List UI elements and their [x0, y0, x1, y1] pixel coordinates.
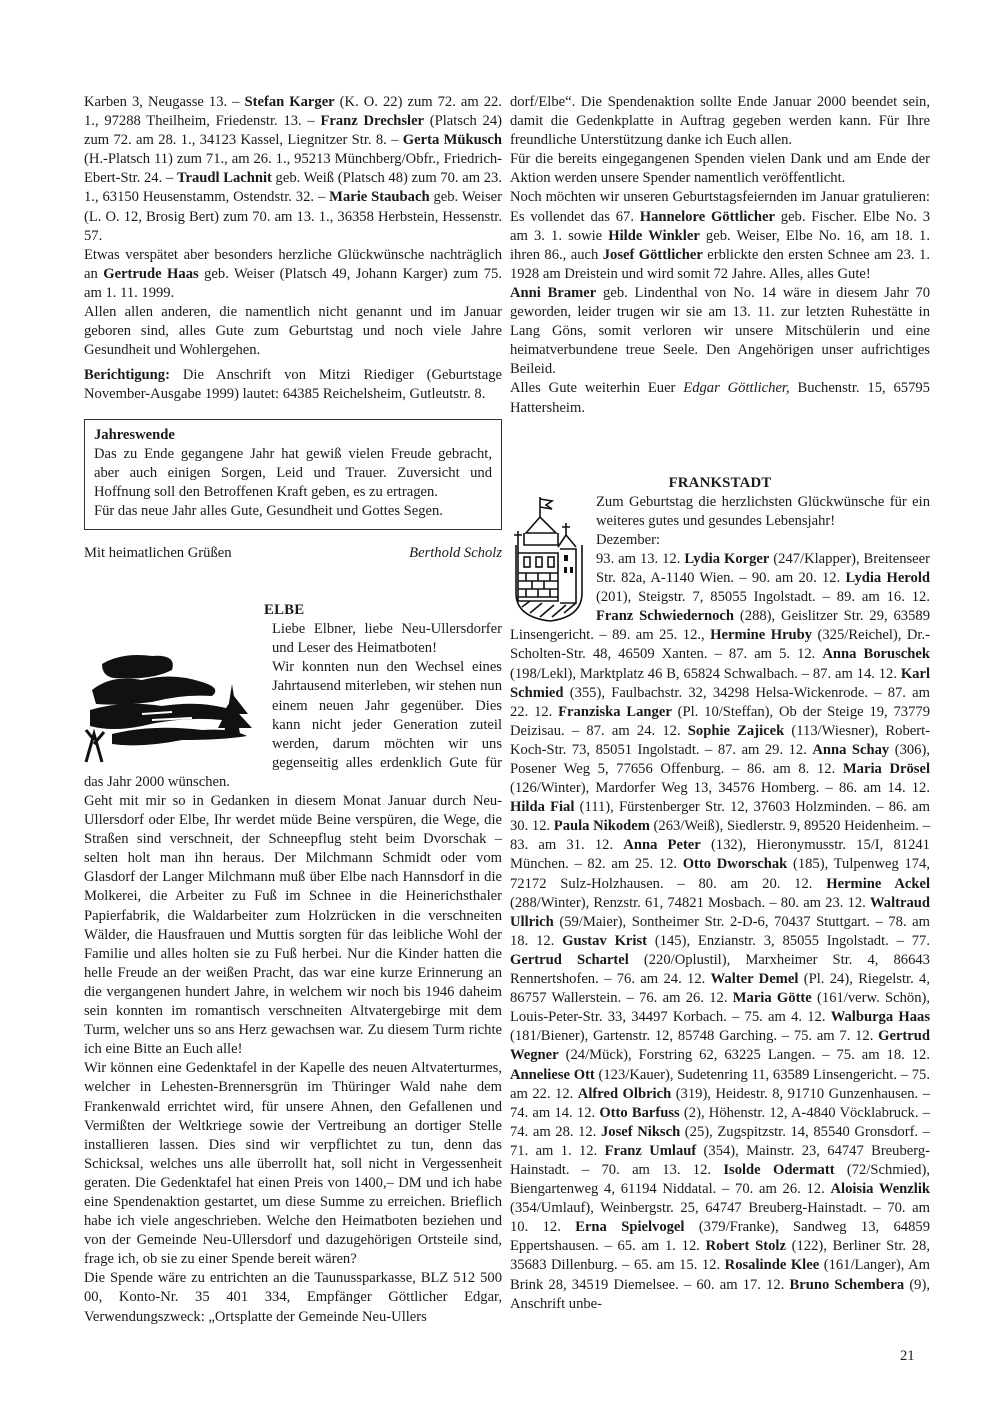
person-name: Josef Göttlicher	[603, 247, 703, 263]
person-name: Stefan Karger	[245, 94, 335, 110]
person-name: Hilde Winkler	[608, 228, 700, 244]
jahreswende-box: Jahreswende Das zu Ende gegangene Jahr h…	[84, 419, 502, 530]
elbe-paragraph-3: Wir können eine Gedenktafel in der Kapel…	[84, 1059, 502, 1269]
donation-thanks-paragraph: Für die bereits eingegangenen Spenden vi…	[510, 150, 930, 188]
left-column: Karben 3, Neugasse 13. – Stefan Karger (…	[84, 93, 502, 1327]
person-name: Franz Umlauf	[605, 1143, 697, 1159]
elbe-section: ELBE Liebe Elbner, liebe Neu-Ullers­dorf…	[84, 601, 502, 1327]
castle-coat-of-arms-icon	[510, 493, 588, 623]
closing-author: Berthold Scholz	[409, 544, 502, 563]
person-name: Isolde Odermatt	[723, 1162, 834, 1178]
donation-end-paragraph: dorf/Elbe“. Die Spendenaktion sollte End…	[510, 93, 930, 150]
person-name: Sophie Zajicek	[688, 723, 784, 739]
text-run: (288/Winter), Renzstr. 61, 74821 Mosbach…	[510, 895, 870, 911]
person-name: Marie Staubach	[329, 189, 429, 205]
person-name: Otto Barfuss	[599, 1105, 679, 1121]
person-name: Paula Nikodem	[554, 818, 650, 834]
person-name: Traudl Lachnit	[177, 170, 272, 186]
section-heading-elbe: ELBE	[84, 601, 502, 620]
author-name: Edgar Göttlicher,	[683, 380, 789, 396]
right-column: dorf/Elbe“. Die Spendenaktion sollte End…	[510, 93, 930, 1314]
box-blessing: Für das neue Jahr alles Gute, Gesundheit…	[94, 502, 492, 521]
general-birthday-wishes: Allen allen anderen, die namentlich nich…	[84, 303, 502, 360]
text-run: 93. am 13. 12.	[596, 551, 684, 567]
person-name: Hilda Fial	[510, 799, 574, 815]
correction-notice: Berichtigung: Die Anschrift von Mitzi Ri…	[84, 366, 502, 404]
person-name: Walburga Haas	[831, 1009, 930, 1025]
person-name: Anna Schay	[812, 742, 889, 758]
person-name: Lydia Korger	[684, 551, 769, 567]
text-run: (201), Steigstr. 7, 85055 Ingolstadt. – …	[596, 589, 930, 605]
text-run: Alles Gute weiterhin Euer	[510, 380, 683, 396]
text-run: (145), Enzianstr. 3, 85055 Ingolstadt. –…	[647, 933, 930, 949]
person-name: Anna Peter	[623, 837, 700, 853]
person-name: Robert Stolz	[706, 1238, 786, 1254]
person-name: Hermine Hruby	[710, 627, 812, 643]
text-run: (24/Mück), For­string 62, 63225 Langen. …	[559, 1047, 930, 1063]
person-name: Lydia Herold	[846, 570, 930, 586]
person-name: Gertrud Schartel	[510, 952, 629, 968]
box-title: Jahreswende	[94, 426, 492, 445]
person-name: Franziska Langer	[558, 704, 672, 720]
obituary-paragraph: Anni Bramer geb. Lindenthal von No. 14 w…	[510, 284, 930, 379]
person-name: Hannelore Göttlicher	[640, 209, 775, 225]
correction-label: Berichtigung:	[84, 367, 170, 383]
closing-signature: Mit heimatlichen Grüßen Berthold Scholz	[84, 544, 502, 563]
person-name: Anneliese Ott	[510, 1067, 595, 1083]
closing-greeting: Mit heimatlichen Grüßen	[84, 544, 232, 563]
person-name: Erna Spielvogel	[575, 1219, 684, 1235]
text-run: (126/Winter), Mardorfer Weg 13, 34576 Ho…	[510, 780, 930, 796]
elbe-january-birthdays: Noch möchten wir unseren Geburtstagsfeie…	[510, 188, 930, 283]
person-name: Anna Boruschek	[822, 646, 930, 662]
landscape-illustration-icon	[82, 644, 264, 764]
page-number: 21	[900, 1348, 915, 1365]
text-run: (198/Lekl), Marktplatz 46 B, 65824 Schwa…	[510, 666, 901, 682]
person-name: Walter Demel	[711, 971, 799, 987]
person-name: Aloisia Wenzlik	[830, 1181, 930, 1197]
box-text: Das zu Ende gegangene Jahr hat gewiß vie…	[94, 445, 492, 502]
person-name: Anni Bramer	[510, 285, 596, 301]
frankstadt-section: FRANKSTADT Zum Geburtstag die herzlichst…	[510, 474, 930, 1314]
person-name: Gustav Krist	[562, 933, 647, 949]
frankstadt-birthday-list: 93. am 13. 12. Lydia Korger (247/Klapper…	[510, 550, 930, 1314]
text-run: Karben 3, Neugasse 13. –	[84, 94, 245, 110]
person-name: Hermine Ackel	[826, 876, 930, 892]
person-name: Rosalinde Klee	[725, 1257, 820, 1273]
late-birthday-wishes: Etwas verspätet aber besonders herzliche…	[84, 246, 502, 303]
person-name: Maria Götte	[733, 990, 812, 1006]
person-name: Otto Dworschak	[683, 856, 788, 872]
text-run: (181/Biener), Gartenstr. 12, 85748 Garch…	[510, 1028, 878, 1044]
elbe-paragraph-4: Die Spende wäre zu entrichten an die Tau…	[84, 1269, 502, 1326]
person-name: Franz Drechsler	[320, 113, 424, 129]
elbe-paragraph-2: Geht mit mir so in Gedanken in diesem Mo…	[84, 792, 502, 1059]
person-name: Gerta Mükusch	[403, 132, 502, 148]
elbe-signoff: Alles Gute weiterhin Euer Edgar Göttlich…	[510, 379, 930, 417]
person-name: Gertrude Haas	[103, 266, 198, 282]
person-name: Bruno Schembera	[790, 1277, 905, 1293]
birthday-list-continued: Karben 3, Neugasse 13. – Stefan Karger (…	[84, 93, 502, 246]
person-name: Alfred Olbrich	[578, 1086, 671, 1102]
person-name: Maria Drösel	[843, 761, 930, 777]
person-name: Franz Schwiedernoch	[596, 608, 734, 624]
person-name: Josef Niksch	[601, 1124, 680, 1140]
section-heading-frankstadt: FRANKSTADT	[510, 474, 930, 493]
